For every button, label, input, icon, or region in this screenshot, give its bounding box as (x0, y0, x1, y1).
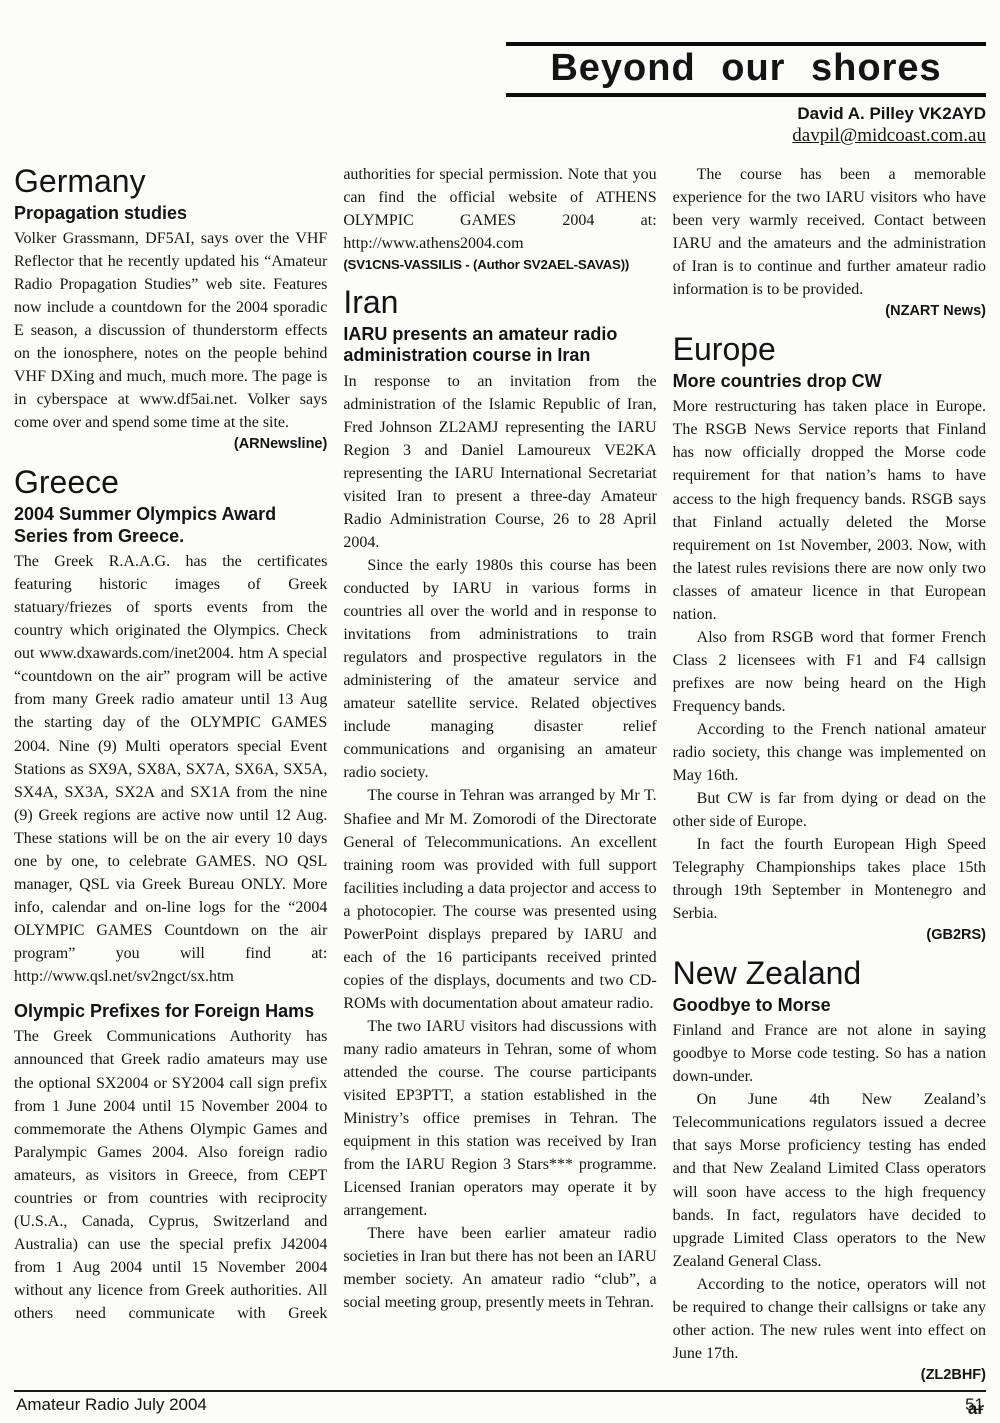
paragraph-europe-4: But CW is far from dying or dead on the … (673, 787, 986, 833)
paragraph-new-zealand-1: Finland and France are not alone in sayi… (673, 1019, 986, 1088)
footer-page-number: 51 (965, 1395, 984, 1415)
paragraph-olympic-prefixes: The Greek Communications Authority has a… (14, 1025, 327, 1324)
paragraph-new-zealand-3: According to the notice, operators will … (673, 1273, 986, 1365)
paragraph-iran-3: The course in Tehran was arranged by Mr … (343, 784, 656, 1014)
paragraph-iran-4: The two IARU visitors had discussions wi… (343, 1015, 656, 1222)
subheading-iaru-course-iran: IARU presents an amateur radio administr… (343, 324, 656, 367)
paragraph-europe-1: More restructuring has taken place in Eu… (673, 395, 986, 625)
subheading-more-countries-drop-cw: More countries drop CW (673, 371, 986, 393)
article-title: Beyond our shores (506, 42, 986, 97)
section-heading-new-zealand: New Zealand (673, 957, 986, 991)
attribution-zl2bhf: (ZL2BHF) (673, 1367, 986, 1383)
paragraph-germany-propagation: Volker Grassmann, DF5AI, says over the V… (14, 227, 327, 434)
paragraph-europe-2: Also from RSGB word that former French C… (673, 626, 986, 718)
column-1: Germany Propagation studies Volker Grass… (14, 163, 327, 1419)
author-byline: David A. Pilley VK2AYD (506, 104, 986, 124)
section-heading-greece: Greece (14, 466, 327, 500)
page-footer: Amateur Radio July 2004 51 (14, 1390, 986, 1417)
paragraph-iran-6: The course has been a memorable experien… (673, 163, 986, 301)
section-heading-iran: Iran (343, 286, 656, 320)
section-heading-europe: Europe (673, 333, 986, 367)
subheading-propagation-studies: Propagation studies (14, 203, 327, 225)
subheading-goodbye-to-morse: Goodbye to Morse (673, 995, 986, 1017)
footer-journal-title: Amateur Radio July 2004 (16, 1395, 207, 1415)
paragraph-iran-5: There have been earlier amateur radio so… (343, 1222, 656, 1314)
subheading-olympic-prefixes: Olympic Prefixes for Foreign Hams (14, 1001, 327, 1023)
paragraph-europe-3: According to the French national amateur… (673, 718, 986, 787)
paragraph-europe-5: In fact the fourth European High Speed T… (673, 833, 986, 925)
article-columns: Germany Propagation studies Volker Grass… (14, 163, 986, 1419)
column-2: authorities for special permission. Note… (343, 163, 656, 1419)
column-3: The course has been a memorable experien… (673, 163, 986, 1419)
paragraph-new-zealand-2: On June 4th New Zealand’s Telecommunicat… (673, 1088, 986, 1272)
masthead: Beyond our shores David A. Pilley VK2AYD… (506, 42, 986, 147)
attribution-nzart-news: (NZART News) (673, 303, 986, 319)
attribution-sv1cns-vassilis: (SV1CNS-VASSILIS - (Author SV2AEL-SAVAS)… (343, 257, 656, 272)
paragraph-iran-1: In response to an invitation from the ad… (343, 370, 656, 554)
subheading-olympics-award-series: 2004 Summer Olympics Award Series from G… (14, 504, 327, 547)
section-heading-germany: Germany (14, 165, 327, 199)
attribution-gb2rs: (GB2RS) (673, 927, 986, 943)
paragraph-iran-2: Since the early 1980s this course has be… (343, 554, 656, 784)
magazine-page: Beyond our shores David A. Pilley VK2AYD… (0, 0, 1000, 1423)
paragraph-olympic-prefixes-continued: authorities for special permission. Note… (343, 163, 656, 255)
paragraph-olympics-award: The Greek R.A.A.G. has the certificates … (14, 550, 327, 988)
author-email-link[interactable]: davpil@midcoast.com.au (506, 125, 986, 147)
attribution-arnewsline: (ARNewsline) (14, 436, 327, 452)
